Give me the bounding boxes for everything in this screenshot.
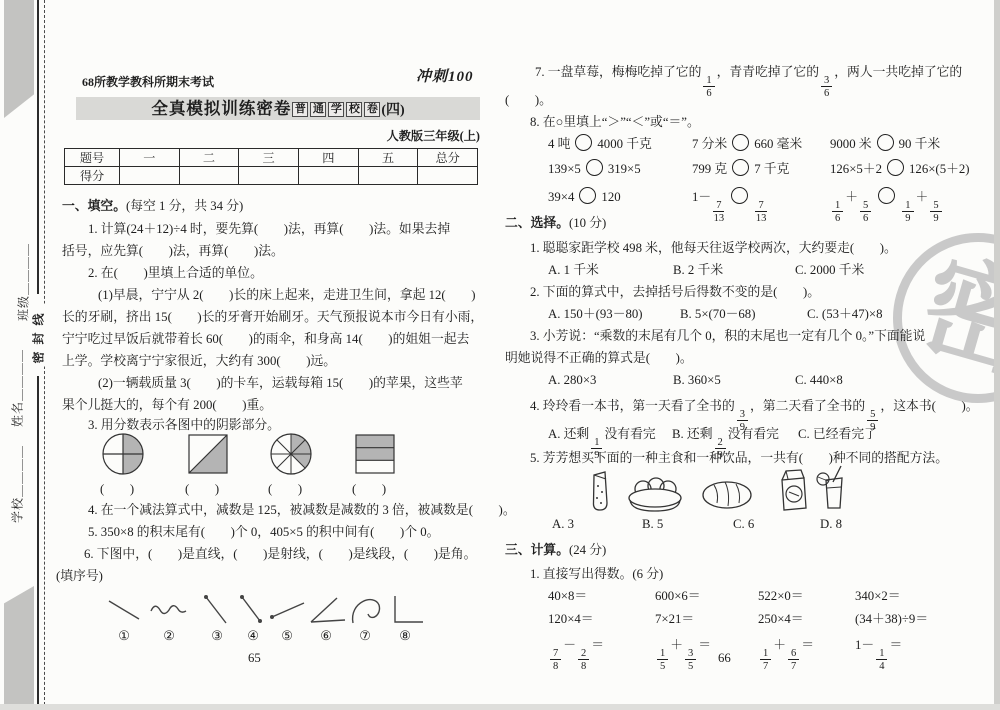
section2-heading: 二、选择。(10 分) bbox=[505, 213, 606, 234]
choice2: 2. 下面的算式中，去掉括号后得数不变的是( )。 bbox=[530, 282, 820, 303]
figure-number: ⑦ bbox=[344, 626, 386, 647]
fraction-figure-circle-eighths bbox=[268, 431, 314, 477]
q2: 2. 在( )里填上合适的单位。 bbox=[88, 263, 263, 284]
calc-item: 15＋35＝ bbox=[655, 630, 711, 672]
score-table: 题号 一 二 三 四 五 总分 得分 bbox=[64, 148, 478, 185]
q4: 4. 在一个减法算式中，减数是 125，被减数是减数的 3 倍，被减数是( )。 bbox=[88, 500, 516, 521]
seal-line-label: 密封线 bbox=[30, 303, 47, 366]
paper-title: 全真模拟训练密卷普通学校卷(四) bbox=[76, 97, 480, 120]
choice3-line1: 3. 小芳说：“乘数的末尾有几个 0，积的末尾也一定有几个 0。”下面能说 bbox=[530, 326, 925, 347]
bread-icon bbox=[700, 476, 754, 512]
figure-number: ⑧ bbox=[384, 626, 426, 647]
choice1: 1. 聪聪家距学校 498 米，他每天往返学校两次，大约要走( )。 bbox=[530, 238, 897, 259]
paper-title-number: (四) bbox=[381, 103, 404, 118]
choice5-option-b: B. 5 bbox=[642, 514, 663, 535]
q3-blank: ( ) bbox=[268, 479, 302, 500]
choice2-option-c: C. (53＋47)×8 bbox=[807, 304, 882, 325]
figure-wavy-line bbox=[148, 592, 190, 626]
choice5-option-a: A. 3 bbox=[552, 514, 574, 535]
q8: 8. 在○里填上“＞”“＜”或“＝”。 bbox=[530, 112, 700, 133]
page-edge-right bbox=[994, 0, 1000, 710]
q6-line2: (填序号) bbox=[56, 566, 103, 587]
score-col: 一 bbox=[120, 149, 180, 167]
q2a-line4: 上学。学校离宁宁家很近，大约有 300( )远。 bbox=[62, 351, 336, 372]
q1-line2: 括号，应先算( )法，再算( )法。 bbox=[62, 241, 284, 262]
figure-number: ⑥ bbox=[305, 626, 347, 647]
score-col: 二 bbox=[179, 149, 239, 167]
fraction-figure-square-diagonal bbox=[185, 431, 231, 477]
q5: 5. 350×8 的积末尾有( )个 0，405×5 的积中间有( )个 0。 bbox=[88, 522, 439, 543]
binding-shade-bottom bbox=[4, 586, 34, 710]
calc-subheading: 1. 直接写出得数。(6 分) bbox=[530, 564, 663, 585]
choice1-option-c: C. 2000 千米 bbox=[795, 260, 864, 281]
choice1-option-a: A. 1 千米 bbox=[548, 260, 599, 281]
exam-paper: 班级＿＿＿＿ 姓名＿＿＿＿ 学校＿＿＿＿ 密封线 密 68所教学教科所期末考试 … bbox=[0, 0, 1000, 710]
score-cell bbox=[298, 167, 358, 185]
score-row-label: 得分 bbox=[65, 167, 120, 185]
calc-item: 120×4＝ bbox=[548, 609, 594, 630]
paper-title-main: 全真模拟训练密卷 bbox=[151, 99, 291, 118]
binding-shade-top bbox=[4, 0, 34, 118]
calc-item: 340×2＝ bbox=[855, 586, 901, 607]
q3-blank: ( ) bbox=[100, 479, 134, 500]
q2a-line1: (1)早晨，宁宁从 2( )长的床上起来，走进卫生间，拿起 12( ) bbox=[98, 285, 475, 306]
q1-line1: 1. 计算(24＋12)÷4 时，要先算( )法，再算( )法。如果去掉 bbox=[88, 219, 450, 240]
q7-line2: ( )。 bbox=[505, 90, 552, 111]
score-cell bbox=[179, 167, 239, 185]
figure-number: ① bbox=[103, 626, 145, 647]
page-edge-bottom bbox=[0, 704, 1000, 710]
choice5: 5. 芳芳想买下面的一种主食和一种饮品，一共有( )种不同的搭配方法。 bbox=[530, 448, 948, 469]
seal-line-lower bbox=[37, 376, 39, 710]
calc-item: 78－28＝ bbox=[548, 630, 604, 672]
compare-cell: 9000 米90 千米 bbox=[830, 134, 940, 155]
score-col: 题号 bbox=[65, 149, 120, 167]
q6-line1: 6. 下图中，( )是直线，( )是射线，( )是线段，( )是角。 bbox=[84, 544, 476, 565]
compare-cell: 799 克7 千克 bbox=[692, 159, 789, 180]
q7-line1: 7. 一盘草莓，梅梅吃掉了它的16，青青吃掉了它的36，两人一共吃掉了它的 bbox=[535, 58, 962, 99]
figure-number: ② bbox=[148, 626, 190, 647]
q2a-line2: 长的牙刷，挤出 15( )长的牙膏开始刷牙。天气预报说本市今日有小雨， bbox=[62, 307, 483, 328]
calc-item: (34＋38)÷9＝ bbox=[855, 609, 928, 630]
compare-cell: 4 吨4000 千克 bbox=[548, 134, 652, 155]
score-col: 五 bbox=[358, 149, 418, 167]
figure-curve bbox=[344, 592, 386, 626]
figure-ray-up bbox=[266, 592, 308, 626]
calc-item: 1－14＝ bbox=[855, 630, 902, 672]
figure-line bbox=[103, 592, 145, 626]
slogan: 冲刺100 bbox=[416, 67, 474, 88]
steamed-buns-icon bbox=[626, 474, 684, 514]
calc-item: 7×21＝ bbox=[655, 609, 694, 630]
title-box-char: 通 bbox=[310, 102, 326, 117]
calc-item: 17＋67＝ bbox=[758, 630, 814, 672]
title-box-char: 普 bbox=[292, 102, 308, 117]
exam-source: 68所教学教科所期末考试 bbox=[82, 72, 214, 93]
compare-cell: 39×4120 bbox=[548, 183, 621, 211]
page-number-right: 66 bbox=[718, 648, 731, 669]
section1-heading: 一、填空。(每空 1 分，共 34 分) bbox=[62, 196, 243, 217]
milk-carton-icon bbox=[776, 467, 810, 513]
q2b-line2: 果个儿挺大的，每个有 200( )重。 bbox=[62, 395, 272, 416]
q2a-line3: 宁宁吃过早饭后就带着长 60( )的雨伞，和身高 14( )的姐姐一起去 bbox=[62, 329, 469, 350]
choice1-option-b: B. 2 千米 bbox=[673, 260, 723, 281]
choice3-line2: 明她说得不正确的算式是( )。 bbox=[505, 348, 693, 369]
wrap-icon bbox=[586, 468, 612, 514]
name-field-label: 姓名＿＿＿＿ bbox=[9, 349, 26, 427]
choice5-option-d: D. 8 bbox=[820, 514, 842, 535]
school-field-label: 学校＿＿＿＿ bbox=[9, 445, 26, 523]
q3-blank: ( ) bbox=[185, 479, 219, 500]
score-cell bbox=[358, 167, 418, 185]
calc-item: 600×6＝ bbox=[655, 586, 701, 607]
page-number-left: 65 bbox=[248, 648, 261, 669]
compare-cell: 7 分米660 毫米 bbox=[692, 134, 802, 155]
choice2-option-b: B. 5×(70－68) bbox=[680, 304, 755, 325]
compare-cell: 139×5319×5 bbox=[548, 159, 641, 180]
score-cell bbox=[418, 167, 478, 185]
figure-right-angle bbox=[384, 592, 426, 626]
section3-heading: 三、计算。(24 分) bbox=[505, 540, 606, 561]
fraction-figure-circle-quarters bbox=[100, 431, 146, 477]
compare-cell: 1－713713 bbox=[692, 183, 769, 224]
seal-line-upper bbox=[37, 0, 39, 294]
choice2-option-a: A. 150＋(93－80) bbox=[548, 304, 643, 325]
title-box-char: 校 bbox=[346, 102, 362, 117]
compare-cell: 126×5＋2126×(5＋2) bbox=[830, 159, 970, 180]
calc-item: 40×8＝ bbox=[548, 586, 587, 607]
figure-number: ⑤ bbox=[266, 626, 308, 647]
choice3-option-b: B. 360×5 bbox=[673, 370, 721, 391]
q2b-line1: (2)一辆载质量 3( )的卡车，运载每箱 15( )的苹果，这些苹 bbox=[98, 373, 463, 394]
drink-icon bbox=[814, 462, 848, 512]
fraction-figure-square-thirds bbox=[352, 431, 398, 477]
compare-cell: 16＋5619＋59 bbox=[830, 183, 944, 224]
figure-angle bbox=[305, 592, 347, 626]
score-col: 三 bbox=[239, 149, 299, 167]
score-table-header-row: 题号 一 二 三 四 五 总分 bbox=[65, 149, 478, 167]
score-col: 四 bbox=[298, 149, 358, 167]
choice3-option-c: C. 440×8 bbox=[795, 370, 843, 391]
choice3-option-a: A. 280×3 bbox=[548, 370, 596, 391]
calc-item: 522×0＝ bbox=[758, 586, 804, 607]
title-box-char: 学 bbox=[328, 102, 344, 117]
choice5-option-c: C. 6 bbox=[733, 514, 754, 535]
edition-label: 人教版三年级(上) bbox=[76, 126, 480, 147]
q3-blank: ( ) bbox=[352, 479, 386, 500]
score-cell bbox=[239, 167, 299, 185]
calc-item: 250×4＝ bbox=[758, 609, 804, 630]
score-col: 总分 bbox=[418, 149, 478, 167]
title-box-char: 卷 bbox=[364, 102, 380, 117]
choice4-option-c: C. 已经看完了 bbox=[798, 420, 877, 448]
score-table-score-row: 得分 bbox=[65, 167, 478, 185]
score-cell bbox=[120, 167, 180, 185]
